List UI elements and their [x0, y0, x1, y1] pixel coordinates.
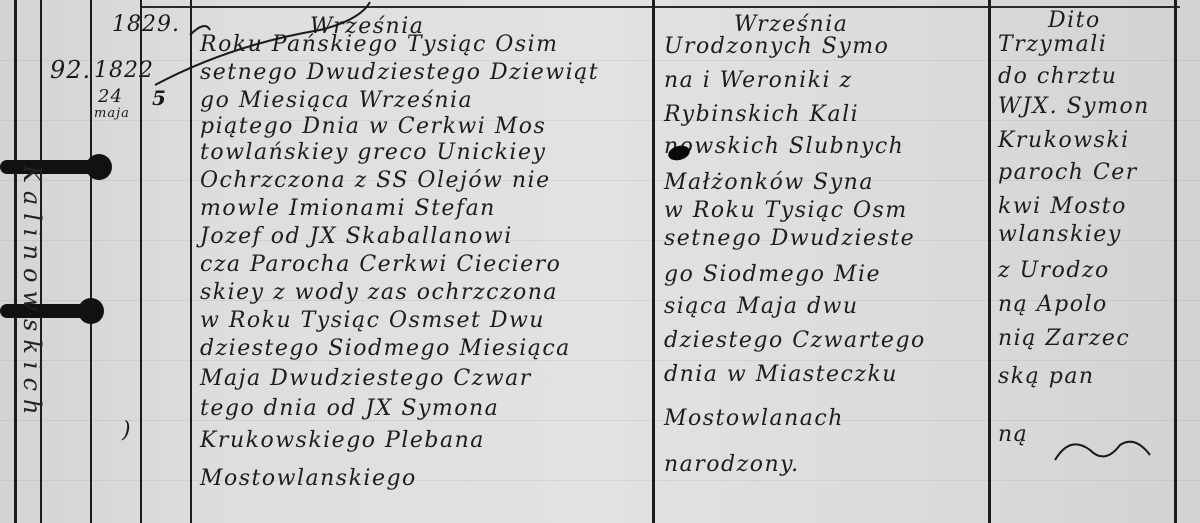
binding-knot	[86, 154, 112, 180]
record-line: Ochrzczona z SS Olejów nie	[200, 168, 551, 193]
record-line: w Roku Tysiąc Osmset Dwu	[200, 308, 545, 333]
record-line: go Siodmego Mie	[664, 262, 881, 287]
record-line: nowskich Slubnych	[664, 134, 904, 159]
record-line: Mostowlanach	[664, 406, 844, 431]
binding-knot	[78, 298, 104, 324]
record-line: Urodzonych Symo	[664, 34, 889, 59]
record-line: Krukowskiego Plebana	[200, 428, 485, 453]
record-line: dziestego Siodmego Miesiąca	[200, 336, 571, 361]
birth-year: 1822	[94, 58, 154, 83]
column-rule	[652, 0, 655, 523]
record-line: dziestego Czwartego	[664, 328, 926, 353]
bracket-mark: )	[122, 418, 132, 443]
entry-number: 92.	[50, 56, 91, 84]
record-line: setnego Dwudzieste	[664, 226, 915, 251]
record-line: cza Parocha Cerkwi Cieciero	[200, 252, 561, 277]
binding-thread	[0, 160, 95, 174]
column-rule	[1174, 0, 1177, 523]
birth-day: 24	[98, 86, 123, 107]
record-line: nią Zarzec	[998, 326, 1130, 351]
record-line: Małżonków Syna	[664, 170, 874, 195]
flourish-stroke	[150, 0, 380, 90]
record-line: dnia w Miasteczku	[664, 362, 898, 387]
record-line: ną Apolo	[998, 292, 1108, 317]
record-line: siąca Maja dwu	[664, 294, 859, 319]
record-line: Trzymali	[998, 32, 1107, 57]
record-line: Mostowlanskiego	[200, 466, 417, 491]
record-line: piątego Dnia w Cerkwi Mos	[200, 114, 546, 139]
record-line: go Miesiąca Września	[200, 88, 473, 113]
record-line: w Roku Tysiąc Osm	[664, 198, 908, 223]
record-line: do chrztu	[998, 64, 1117, 89]
ruling-line	[0, 420, 1200, 421]
ruling-line	[0, 360, 1200, 361]
birth-month: maja	[94, 106, 130, 121]
record-line: Maja Dwudziestego Czwar	[200, 366, 532, 391]
record-line: ską pan	[998, 364, 1095, 389]
record-line: Jozef od JX Skaballanowi	[200, 224, 513, 249]
record-line: ną	[998, 422, 1028, 447]
record-line: towlańskiey greco Unickiey	[200, 140, 546, 165]
record-line: paroch Cer	[998, 160, 1138, 185]
record-line: Krukowski	[998, 128, 1130, 153]
ruling-line	[0, 120, 1200, 121]
record-line: wlanskiey	[998, 222, 1122, 247]
record-line: z Urodzo	[998, 258, 1110, 283]
record-line: mowle Imionami Stefan	[200, 196, 496, 221]
record-line: WJX. Symon	[998, 94, 1150, 119]
record-line: skiey z wody zas ochrzczona	[200, 280, 558, 305]
register-page: Kalinowskich 1829. 92. 1822 24 maja 5 ) …	[0, 0, 1200, 523]
margin-surname: Kalinowskich	[18, 165, 46, 422]
record-line: tego dnia od JX Symona	[200, 396, 499, 421]
column-header: Dito	[1048, 8, 1101, 33]
column-rule	[14, 0, 17, 523]
record-line: Rybinskich Kali	[664, 102, 859, 127]
ruling-line	[0, 480, 1200, 481]
record-line: na i Weroniki z	[664, 68, 853, 93]
record-line: kwi Mosto	[998, 194, 1127, 219]
record-line: narodzony.	[664, 452, 800, 477]
flourish-stroke	[1050, 430, 1160, 470]
column-rule	[988, 0, 991, 523]
